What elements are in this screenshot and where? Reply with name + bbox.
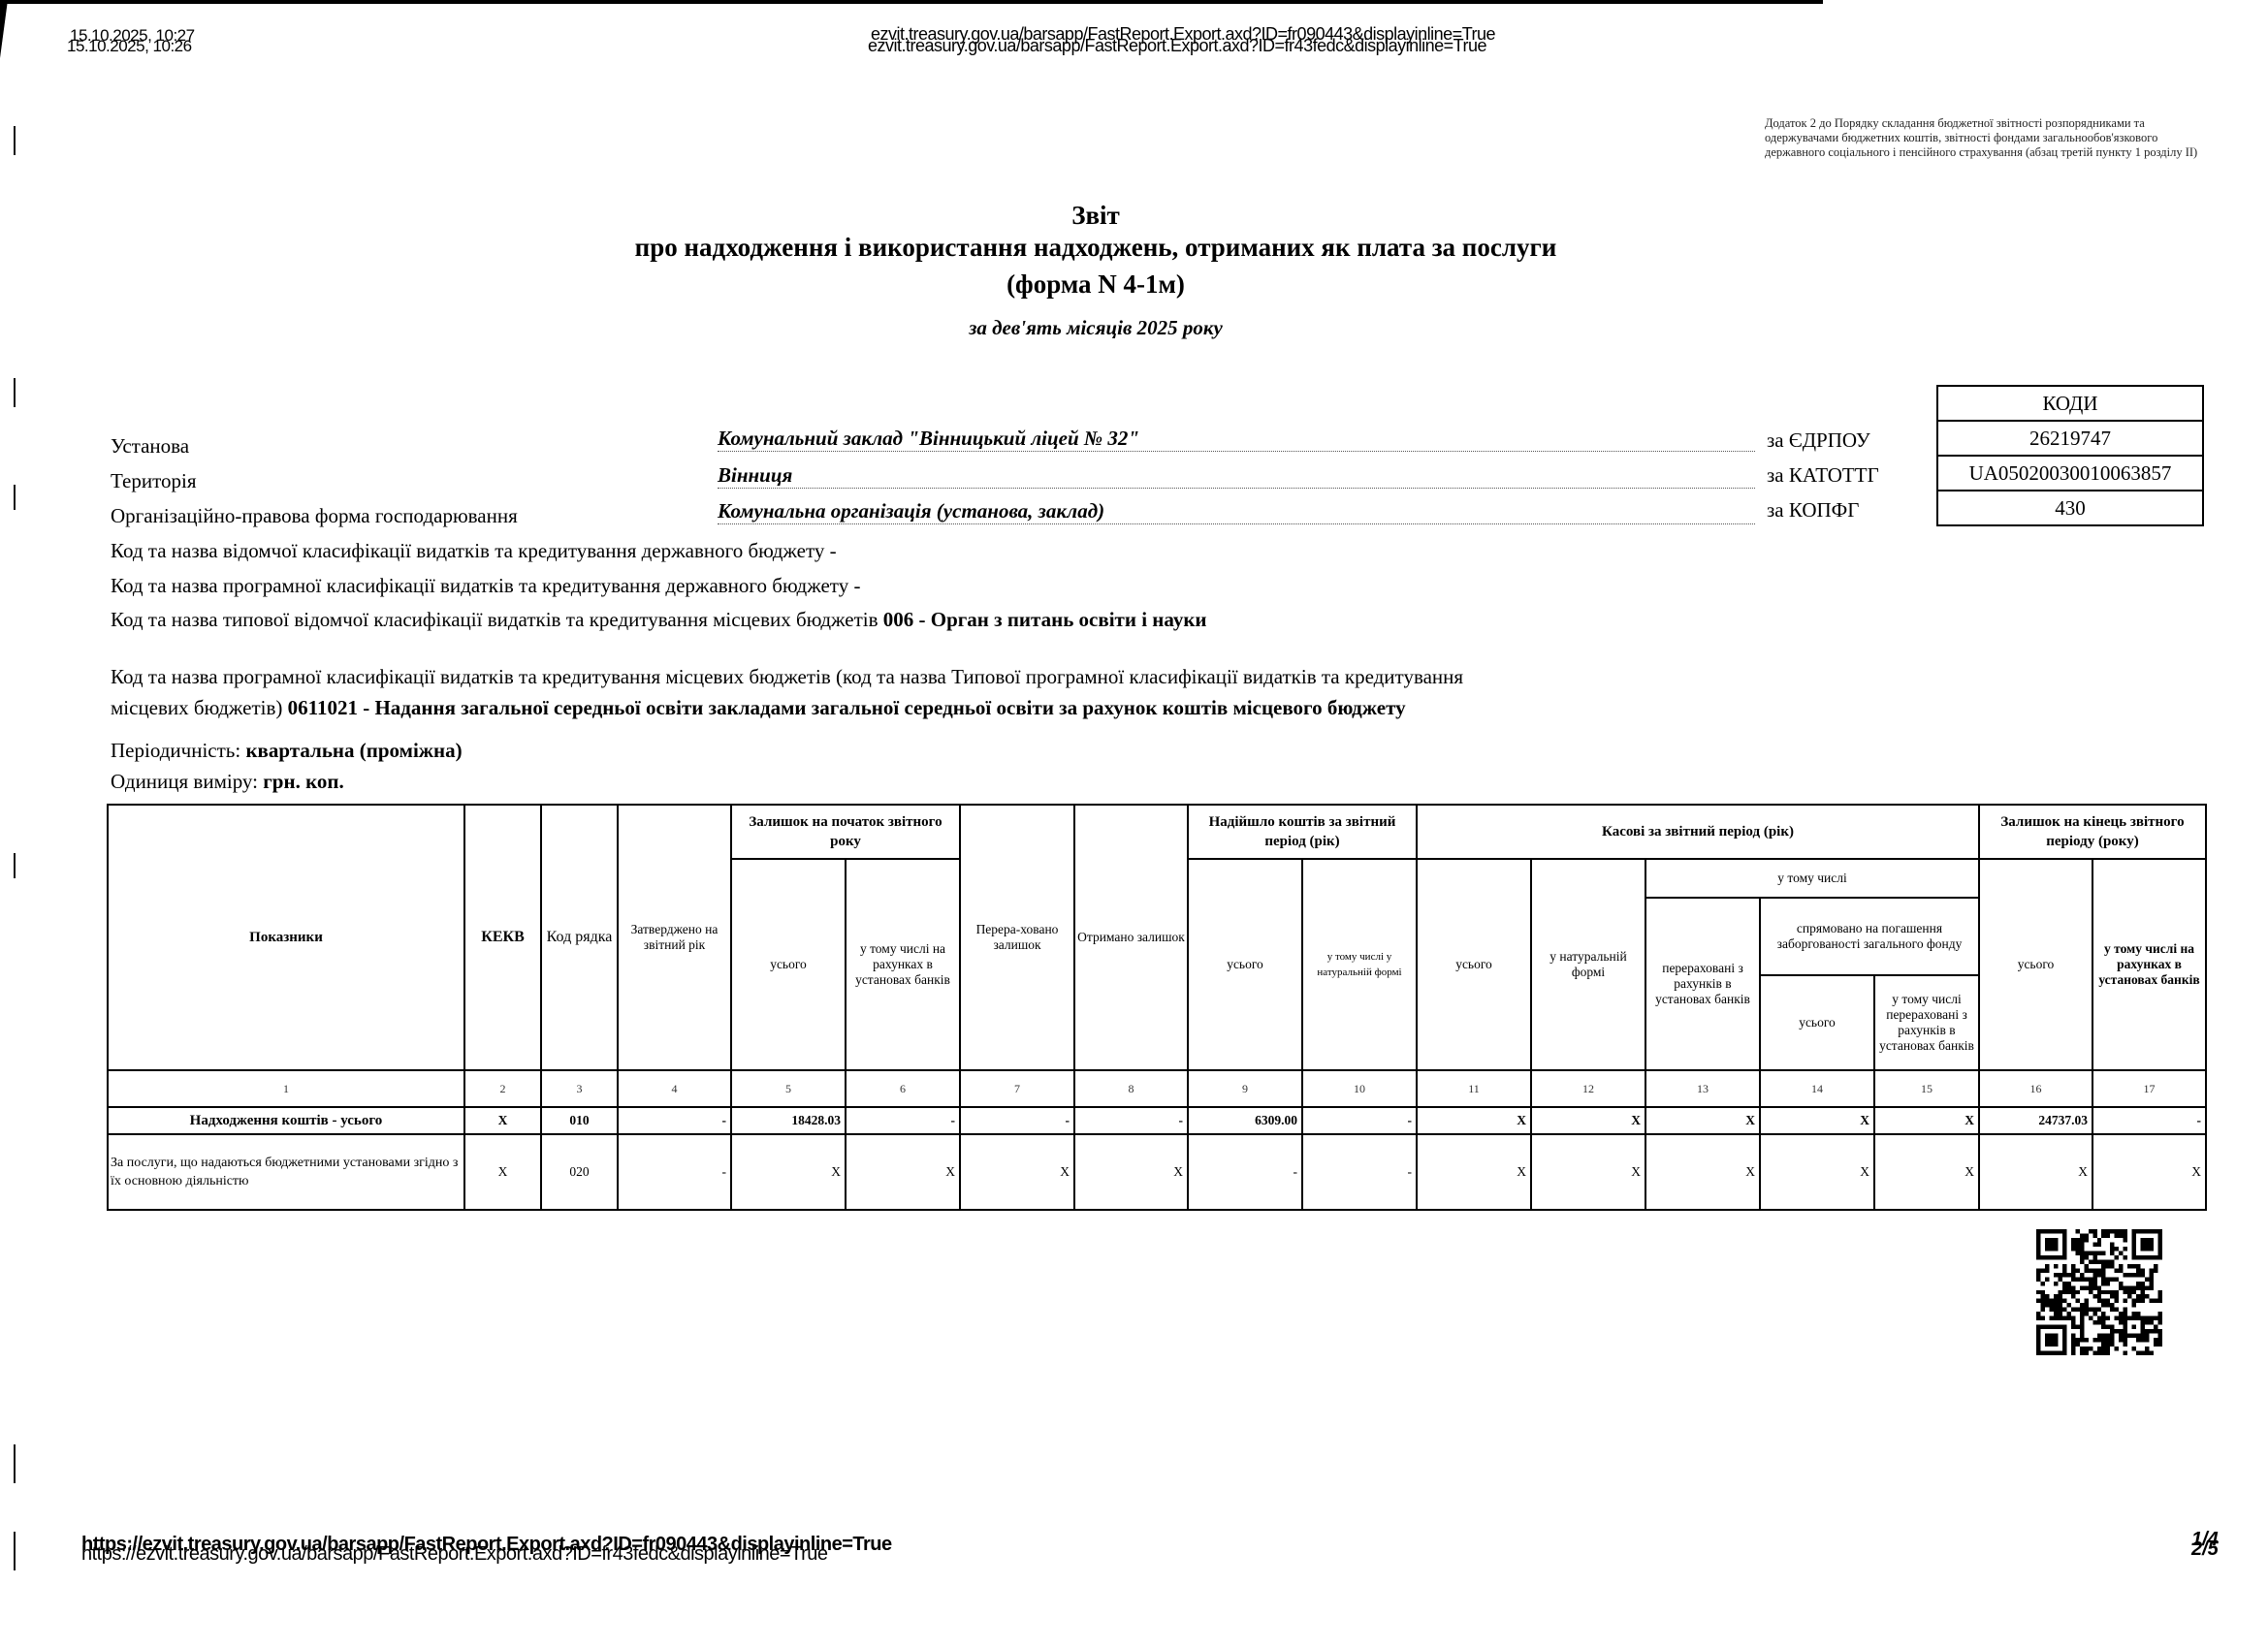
table-cell: X <box>1874 1134 1979 1210</box>
table-cell: - <box>1188 1134 1302 1210</box>
report-table: Показники КЕКВ Код рядка Затверджено на … <box>107 804 2207 1211</box>
periodicity-value: квартальна (проміжна) <box>245 739 462 762</box>
header-balance-start-total: усього <box>731 859 846 1070</box>
table-cell: - <box>618 1107 731 1134</box>
table-cell: X <box>1874 1107 1979 1134</box>
scan-edge-tick <box>14 1444 16 1483</box>
print-url: ezvit.treasury.gov.ua/barsapp/FastReport… <box>871 27 1495 52</box>
row-name: Надходження коштів - усього <box>108 1107 464 1134</box>
column-number: 17 <box>2092 1070 2206 1107</box>
table-row: За послуги, що надаються бюджетними уста… <box>108 1134 2206 1210</box>
periodicity-label: Періодичність: <box>111 739 240 762</box>
local-program-classification-line2: місцевих бюджетів) 0611021 - Надання заг… <box>111 696 1406 720</box>
table-cell: X <box>1645 1107 1760 1134</box>
column-number: 14 <box>1760 1070 1874 1107</box>
qr-code <box>2036 1229 2162 1355</box>
scan-border-top <box>0 0 1823 4</box>
institution-value: Комунальний заклад "Вінницький ліцей № 3… <box>718 427 1755 452</box>
local-program-value: 0611021 - Надання загальної середньої ос… <box>288 696 1406 719</box>
table-cell: X <box>1979 1134 2092 1210</box>
unit-value: грн. коп. <box>263 770 344 793</box>
code-label-katottg: за КАТОТТГ <box>1767 463 1879 488</box>
table-cell: 24737.03 <box>1979 1107 2092 1134</box>
header-balance-start: Залишок на початок звітного року <box>731 805 960 859</box>
table-cell: X <box>1645 1134 1760 1210</box>
header-approved: Затверджено на звітний рік <box>618 805 731 1070</box>
table-cell: 020 <box>541 1134 618 1210</box>
institution-label: Установа <box>111 434 189 459</box>
unit-label: Одиниця виміру: <box>111 770 258 793</box>
state-dept-classification: Код та назва відомчої класифікації видат… <box>111 539 837 563</box>
print-footer-url: https://ezvit.treasury.gov.ua/barsapp/Fa… <box>81 1537 892 1561</box>
column-number: 5 <box>731 1070 846 1107</box>
column-number: 11 <box>1417 1070 1531 1107</box>
unit-of-measure: Одиниця виміру: грн. коп. <box>111 770 344 794</box>
header-row-code: Код рядка <box>541 805 618 1070</box>
header-cash: Касові за звітний період (рік) <box>1417 805 1979 859</box>
header-balance-start-banks: у тому числі на рахунках в установах бан… <box>846 859 960 1070</box>
header-indicators: Показники <box>108 805 464 1070</box>
column-number: 3 <box>541 1070 618 1107</box>
table-cell: 18428.03 <box>731 1107 846 1134</box>
header-balance-end-total: усього <box>1979 859 2092 1070</box>
table-cell: X <box>1531 1134 1645 1210</box>
header-kekv: КЕКВ <box>464 805 541 1070</box>
column-number: 9 <box>1188 1070 1302 1107</box>
column-number: 2 <box>464 1070 541 1107</box>
table-cell: - <box>1302 1134 1417 1210</box>
org-form-value: Комунальна організація (установа, заклад… <box>718 499 1755 524</box>
territory-label: Територія <box>111 469 196 493</box>
local-dept-classification: Код та назва типової відомчої класифікац… <box>111 608 1207 632</box>
local-program-label: місцевих бюджетів) <box>111 696 282 719</box>
header-received-total: усього <box>1188 859 1302 1070</box>
table-cell: X <box>1074 1134 1188 1210</box>
table-cell: X <box>731 1134 846 1210</box>
table-cell: - <box>618 1134 731 1210</box>
page-number: 1/4 2/5 <box>2191 1534 2219 1555</box>
org-form-label: Організаційно-правова форма господарюван… <box>111 504 518 528</box>
periodicity: Періодичність: квартальна (проміжна) <box>111 739 463 763</box>
table-cell: X <box>464 1134 541 1210</box>
table-cell: - <box>1074 1107 1188 1134</box>
table-cell: X <box>2092 1134 2206 1210</box>
scan-edge-tick <box>14 853 16 878</box>
print-footer-url-2: https://ezvit.treasury.gov.ua/barsapp/Fa… <box>81 1547 892 1561</box>
scan-edge-tick <box>14 485 16 510</box>
column-number: 10 <box>1302 1070 1417 1107</box>
table-cell: X <box>1417 1107 1531 1134</box>
row-name: За послуги, що надаються бюджетними уста… <box>108 1134 464 1210</box>
header-debt-repayment: спрямовано на погашення заборгованості з… <box>1760 898 1979 975</box>
header-balance-end-banks: у тому числі на рахунках в установах бан… <box>2092 859 2206 1070</box>
territory-value: Вінниця <box>718 463 1755 489</box>
header-balance-end: Залишок на кінець звітного періоду (року… <box>1979 805 2206 859</box>
header-transferred-from-banks: перераховані з рахунків в установах банк… <box>1645 898 1760 1070</box>
scan-edge-tick <box>14 126 16 155</box>
column-number: 4 <box>618 1070 731 1107</box>
table-cell: X <box>1760 1134 1874 1210</box>
code-kopfg: 430 <box>1937 491 2203 525</box>
header-received-balance: Отримано залишок <box>1074 805 1188 1070</box>
header-cash-total: усього <box>1417 859 1531 1070</box>
table-cell: X <box>1531 1107 1645 1134</box>
table-cell: X <box>846 1134 960 1210</box>
table-cell: 6309.00 <box>1188 1107 1302 1134</box>
header-debt-from-banks: у тому числі перераховані з рахунків в у… <box>1874 975 1979 1070</box>
local-program-classification-line1: Код та назва програмної класифікації вид… <box>111 665 1463 689</box>
local-dept-label: Код та назва типової відомчої класифікац… <box>111 608 878 631</box>
report-period: за дев'ять місяців 2025 року <box>388 316 1804 340</box>
code-label-edrpou: за ЄДРПОУ <box>1767 428 1870 453</box>
table-cell: 010 <box>541 1107 618 1134</box>
report-title: Звіт <box>388 201 1804 231</box>
print-url-2: ezvit.treasury.gov.ua/barsapp/FastReport… <box>868 39 1495 52</box>
column-number: 12 <box>1531 1070 1645 1107</box>
scan-edge-tick <box>14 1532 16 1570</box>
local-dept-value: 006 - Орган з питань освіти і науки <box>883 608 1207 631</box>
table-cell: - <box>846 1107 960 1134</box>
header-transferred-balance: Перера-ховано залишок <box>960 805 1074 1070</box>
header-including: у тому числі <box>1645 859 1979 898</box>
report-form-number: (форма N 4-1м) <box>388 269 1804 300</box>
column-number: 13 <box>1645 1070 1760 1107</box>
scan-edge-tick <box>14 378 16 407</box>
state-program-classification: Код та назва програмної класифікації вид… <box>111 574 860 598</box>
table-cell: - <box>1302 1107 1417 1134</box>
table-cell: X <box>464 1107 541 1134</box>
codes-header: КОДИ <box>1937 386 2203 421</box>
code-label-kopfg: за КОПФГ <box>1767 498 1859 523</box>
codes-table: КОДИ 26219747 UA05020030010063857 430 <box>1936 385 2204 526</box>
table-cell: X <box>1760 1107 1874 1134</box>
column-number: 16 <box>1979 1070 2092 1107</box>
scan-edge-mark <box>0 0 14 58</box>
print-timestamp-2: 15.10.2025, 10:26 <box>67 40 195 53</box>
column-number: 1 <box>108 1070 464 1107</box>
table-cell: X <box>960 1134 1074 1210</box>
report-subtitle: про надходження і використання надходжен… <box>388 233 1804 263</box>
header-received-funds: Надійшло коштів за звітний період (рік) <box>1188 805 1417 859</box>
table-cell: X <box>1417 1134 1531 1210</box>
header-cash-in-kind: у натуральній формі <box>1531 859 1645 1070</box>
column-number: 15 <box>1874 1070 1979 1107</box>
column-numbers-row: 1234567891011121314151617 <box>108 1070 2206 1107</box>
column-number: 8 <box>1074 1070 1188 1107</box>
table-row: Надходження коштів - усього X010-18428.0… <box>108 1107 2206 1134</box>
header-debt-total: усього <box>1760 975 1874 1070</box>
table-cell: - <box>2092 1107 2206 1134</box>
column-number: 7 <box>960 1070 1074 1107</box>
column-number: 6 <box>846 1070 960 1107</box>
page-number-2: 2/5 <box>2191 1543 2219 1555</box>
code-katottg: UA05020030010063857 <box>1937 456 2203 491</box>
print-timestamp: 15.10.2025, 10:27 15.10.2025, 10:26 <box>70 29 195 53</box>
table-cell: - <box>960 1107 1074 1134</box>
appendix-note: Додаток 2 до Порядку складання бюджетної… <box>1765 116 2211 160</box>
code-edrpou: 26219747 <box>1937 421 2203 456</box>
header-received-in-kind: у тому числі у натуральній формі <box>1302 859 1417 1070</box>
